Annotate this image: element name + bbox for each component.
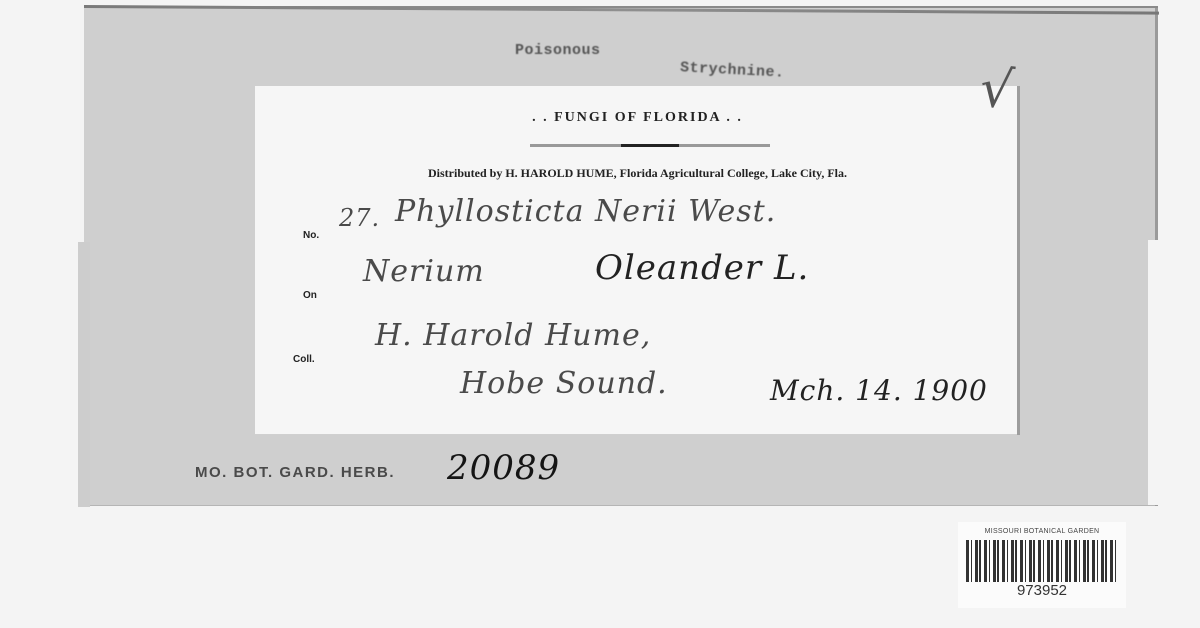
- stamp-poisonous: Poisonous: [515, 42, 601, 59]
- barcode-header: MISSOURI BOTANICAL GARDEN: [966, 528, 1118, 535]
- no-label: No.: [303, 230, 319, 241]
- label-title: . . FUNGI OF FLORIDA . .: [255, 110, 1020, 126]
- collector-name: H. Harold Hume,: [375, 318, 651, 353]
- species-name: Phyllosticta Nerii West.: [395, 194, 776, 229]
- herbarium-stamp: MO. BOT. GARD. HERB.: [195, 464, 395, 481]
- coll-label: Coll.: [293, 354, 315, 365]
- collection-date: Mch. 14. 1900: [770, 374, 988, 407]
- collection-locality: Hobe Sound.: [460, 366, 668, 401]
- barcode-icon: [966, 540, 1116, 582]
- title-rule: [530, 144, 770, 147]
- envelope-left-edge: [78, 242, 90, 507]
- envelope-right-edge: [1148, 240, 1160, 505]
- accession-number: 20089: [447, 448, 560, 488]
- barcode-number: 973952: [958, 582, 1126, 599]
- on-label: On: [303, 290, 317, 301]
- barcode-label: MISSOURI BOTANICAL GARDEN 973952: [958, 522, 1126, 608]
- host-genus: Nerium: [363, 254, 485, 289]
- specimen-label: . . FUNGI OF FLORIDA . . Distributed by …: [255, 86, 1020, 435]
- checkmark-icon: √: [977, 58, 1016, 121]
- distributed-by-line: Distributed by H. HAROLD HUME, Florida A…: [255, 166, 1020, 181]
- specimen-number: 27.: [339, 204, 380, 232]
- host-species: Oleander L.: [595, 248, 809, 288]
